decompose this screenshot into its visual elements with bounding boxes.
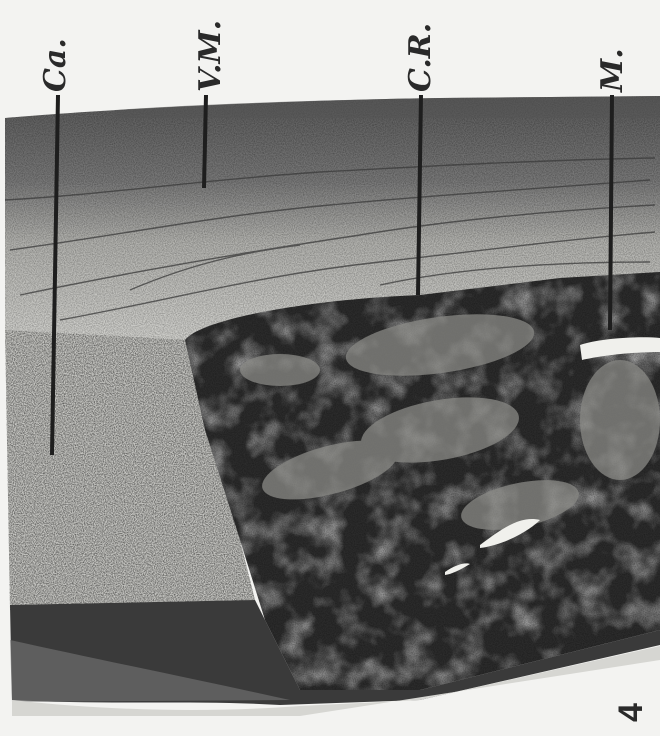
label-ca: Ca.: [38, 38, 73, 92]
leader-line-m: [610, 95, 612, 330]
label-cr: C.R.: [403, 23, 438, 92]
micrograph-plate: [0, 0, 660, 736]
label-m: M.: [595, 48, 630, 92]
label-vm: V.M.: [193, 20, 228, 92]
leader-line-vm: [204, 95, 206, 188]
figure-number: 4: [612, 703, 651, 722]
